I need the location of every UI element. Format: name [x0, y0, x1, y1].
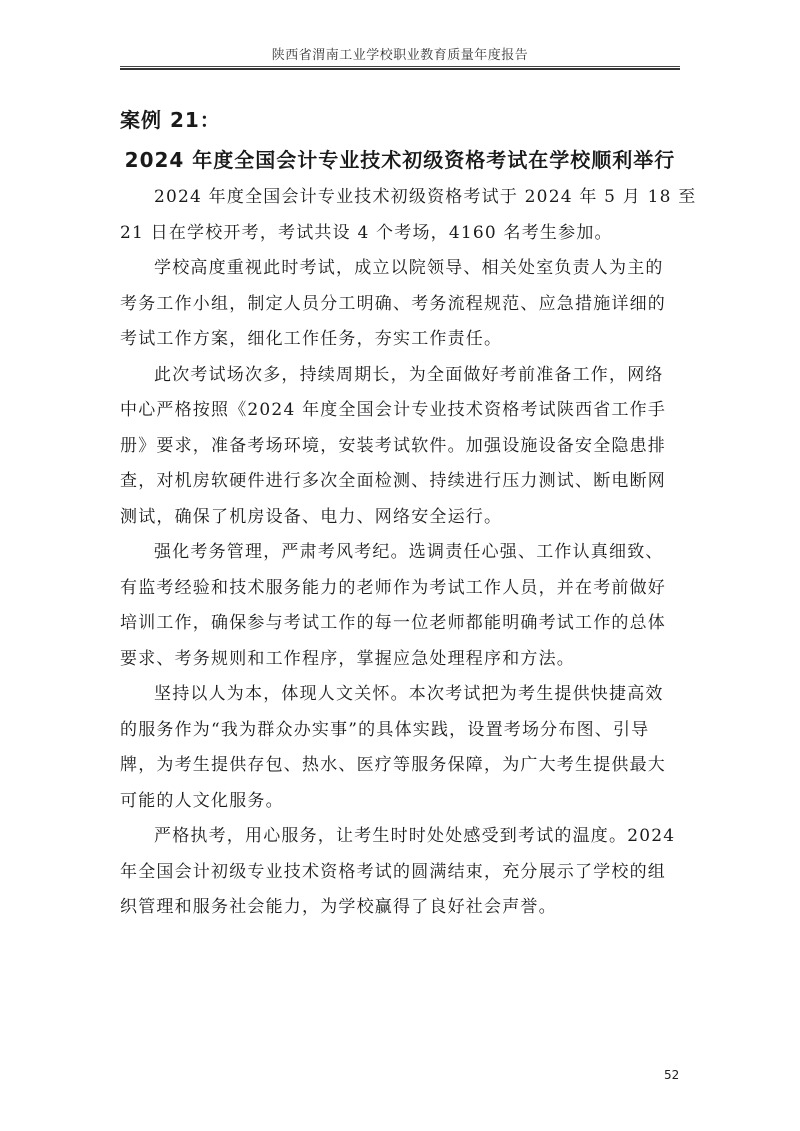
text-line: 的服务作为“我为群众办实事”的具体实践，设置考场分布图、引导: [120, 713, 680, 749]
text-line: 坚持以人为本，体现人文关怀。本次考试把为考生提供快捷高效: [120, 677, 680, 713]
text-line: 此次考试场次多，持续周期长，为全面做好考前准备工作，网络: [120, 358, 680, 394]
paragraph-2: 学校高度重视此时考试，成立以院领导、相关处室负责人为主的 考务工作小组，制定人员…: [120, 251, 680, 358]
rule-thick-line: [120, 68, 680, 70]
text-line: 21 日在学校开考，考试共设 4 个考场，4160 名考生参加。: [120, 216, 680, 252]
text-line: 织管理和服务社会能力，为学校赢得了良好社会声誉。: [120, 890, 680, 926]
text-line: 年全国会计初级专业技术资格考试的圆满结束，充分展示了学校的组: [120, 855, 680, 891]
text-line: 严格执考，用心服务，让考生时时处处感受到考试的温度。2024: [120, 819, 680, 855]
text-line: 有监考经验和技术服务能力的老师作为考试工作人员，并在考前做好: [120, 571, 680, 607]
text-line: 测试，确保了机房设备、电力、网络安全运行。: [120, 500, 680, 536]
paragraph-1: 2024 年度全国会计专业技术初级资格考试于 2024 年 5 月 18 至 2…: [120, 180, 680, 251]
text-line: 考务工作小组，制定人员分工明确、考务流程规范、应急措施详细的: [120, 287, 680, 323]
text-line: 学校高度重视此时考试，成立以院领导、相关处室负责人为主的: [120, 251, 680, 287]
paragraph-3: 此次考试场次多，持续周期长，为全面做好考前准备工作，网络 中心严格按照《2024…: [120, 358, 680, 536]
case-label: 案例 21：: [120, 104, 221, 133]
text-line: 查，对机房软硬件进行多次全面检测、持续进行压力测试、断电断网: [120, 464, 680, 500]
text-line: 册》要求，准备考场环境，安装考试软件。加强设施设备安全隐患排: [120, 429, 680, 465]
text-line: 强化考务管理，严肃考风考纪。选调责任心强、工作认真细致、: [120, 535, 680, 571]
text-line: 可能的人文化服务。: [120, 784, 680, 820]
page-number: 52: [664, 1068, 679, 1082]
text-line: 培训工作，确保参与考试工作的每一位老师都能明确考试工作的总体: [120, 606, 680, 642]
text-line: 2024 年度全国会计专业技术初级资格考试于 2024 年 5 月 18 至: [120, 180, 680, 216]
text-line: 牌，为考生提供存包、热水、医疗等服务保障，为广大考生提供最大: [120, 748, 680, 784]
text-line: 要求、考务规则和工作程序，掌握应急处理程序和方法。: [120, 642, 680, 678]
running-header: 陕西省渭南工业学校职业教育质量年度报告: [120, 44, 680, 63]
paragraph-4: 强化考务管理，严肃考风考纪。选调责任心强、工作认真细致、 有监考经验和技术服务能…: [120, 535, 680, 677]
text-line: 中心严格按照《2024 年度全国会计专业技术资格考试陕西省工作手: [120, 393, 680, 429]
case-title: 2024 年度全国会计专业技术初级资格考试在学校顺利举行: [120, 144, 680, 173]
text-line: 考试工作方案，细化工作任务，夯实工作责任。: [120, 322, 680, 358]
header-double-rule: [120, 66, 680, 70]
paragraph-6: 严格执考，用心服务，让考生时时处处感受到考试的温度。2024 年全国会计初级专业…: [120, 819, 680, 926]
article-body: 2024 年度全国会计专业技术初级资格考试于 2024 年 5 月 18 至 2…: [120, 180, 680, 926]
paragraph-5: 坚持以人为本，体现人文关怀。本次考试把为考生提供快捷高效 的服务作为“我为群众办…: [120, 677, 680, 819]
